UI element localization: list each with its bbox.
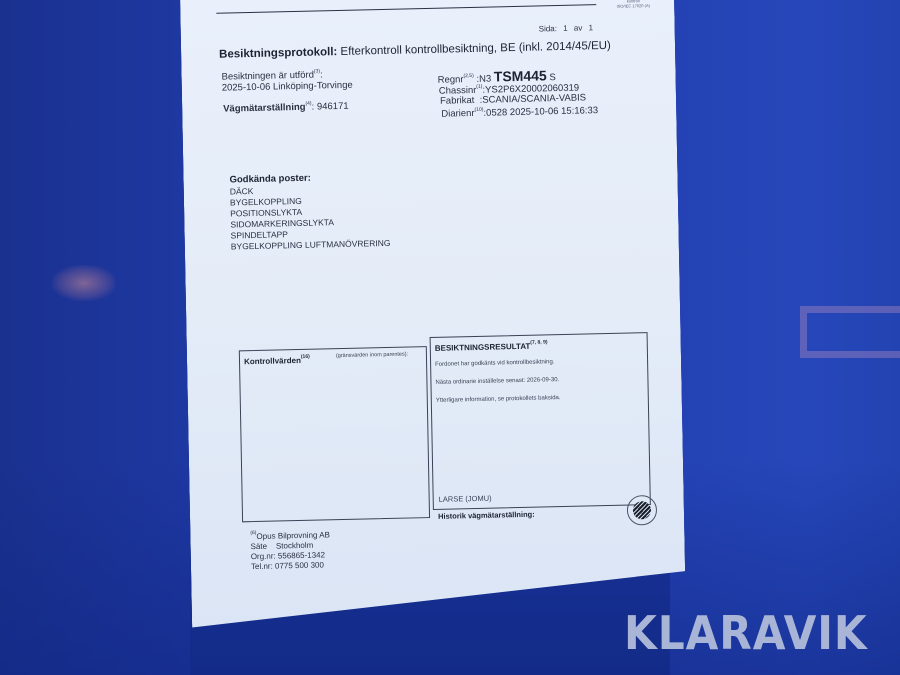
result-line: Nästa ordinarie inställelse senast: 2026… — [435, 377, 559, 386]
approved-items-list: Godkända poster: DÄCK BYGELKOPPLING POSI… — [229, 171, 390, 253]
light-reflection — [52, 265, 116, 301]
top-rule-line — [216, 4, 596, 14]
odometer: Vägmätarställning(4): 946171 — [223, 100, 349, 115]
page-number: Sida: 1 av 1 — [539, 23, 593, 33]
inspection-result-box: BESIKTNINGSRESULTAT(7, 8, 9) Fordonet ha… — [430, 332, 651, 510]
accreditation-seal-icon — [627, 495, 658, 526]
diarienr-row: Diarienr(10):0528 2025-10-06 15:16:33 — [441, 104, 598, 120]
document-title: Besiktningsprotokoll: Efterkontroll kont… — [219, 40, 611, 61]
list-item: BYGELKOPPLING LUFTMANÖVRERING — [231, 238, 391, 253]
company-info: (6)Opus Bilprovning AB Säte Stockholm Or… — [250, 526, 330, 572]
result-line: Ytterligare information, se protokollets… — [436, 395, 561, 404]
result-line: Fordonet har godkänts vid kontrollbesikt… — [435, 359, 554, 368]
odometer-history-label: Historik vägmätarställning: — [438, 510, 535, 521]
globe-icon — [633, 501, 651, 519]
inspector-signature: LARSE (JOMU) — [439, 494, 492, 504]
inspection-protocol-sheet: Ackrediterad kontroll ISO/IEC 17020 (A) … — [180, 0, 686, 627]
watermark-logo: KLARAVIK — [624, 606, 868, 660]
control-values-note: (gränsvärden inom parentes): — [336, 352, 408, 360]
accreditation-mark: Ackrediterad kontroll ISO/IEC 17020 (A) — [608, 0, 658, 9]
control-values-box: Kontrollvärden(16) (gränsvärden inom par… — [239, 346, 430, 522]
performed-value: 2025-10-06 Linköping-Torvinge — [222, 80, 353, 94]
light-reflection — [800, 306, 900, 358]
result-title: BESIKTNINGSRESULTAT(7, 8, 9) — [435, 339, 548, 353]
control-values-title: Kontrollvärden(16) — [244, 354, 310, 366]
